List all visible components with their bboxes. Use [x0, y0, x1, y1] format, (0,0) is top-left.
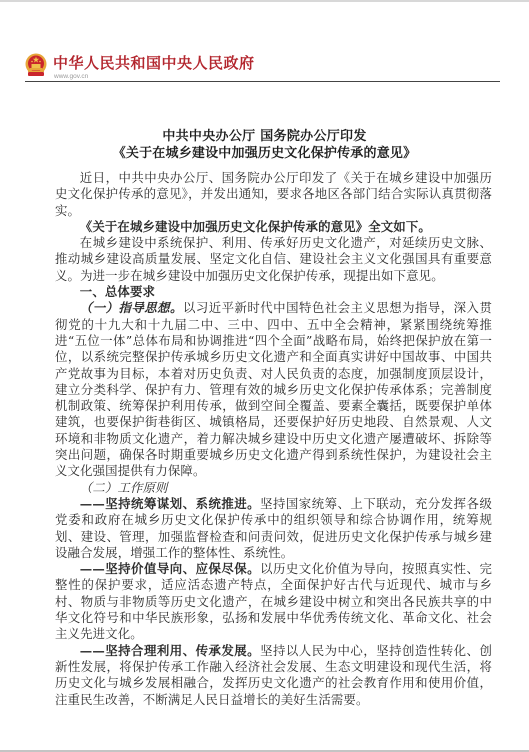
intro-paragraph: 近日，中共中央办公厅、国务院办公厅印发了《关于在城乡建设中加强历史文化保护传承的… — [55, 170, 492, 219]
principle-paragraph: ——坚持统筹谋划、系统推进。坚持国家统筹、上下联动，充分发挥各级党委和政府在城乡… — [55, 496, 492, 561]
top-border — [0, 0, 529, 2]
fulltext-heading: 《关于在城乡建设中加强历史文化保护传承的意见》全文如下。 — [55, 219, 492, 235]
site-title[interactable]: 中华人民共和国中央人民政府 — [53, 52, 255, 73]
document-body: 近日，中共中央办公厅、国务院办公厅印发了《关于在城乡建设中加强历史文化保护传承的… — [55, 170, 492, 708]
principle-lead: ——坚持合理利用、传承发展。 — [80, 643, 260, 658]
principles-heading-text: （二）工作原则 — [80, 480, 168, 495]
site-header: 中华人民共和国中央人民政府 www.gov.cn — [25, 52, 500, 84]
national-emblem-icon — [25, 53, 47, 77]
principle-paragraph: ——坚持合理利用、传承发展。坚持以人民为中心，坚持创造性转化、创新性发展，将保护… — [55, 643, 492, 708]
principle-lead: ——坚持价值导向、应保尽保。 — [80, 561, 260, 576]
guiding-ideology-label: （一）指导思想。 — [80, 300, 183, 315]
guiding-ideology-paragraph: （一）指导思想。以习近平新时代中国特色社会主义思想为指导，深入贯彻党的十九大和十… — [55, 300, 492, 479]
document-title-name: 《关于在城乡建设中加强历史文化保护传承的意见》 — [0, 142, 529, 161]
principle-lead: ——坚持统筹谋划、系统推进。 — [80, 496, 260, 511]
section-heading-general-requirements: 一、总体要求 — [55, 284, 492, 300]
site-url[interactable]: www.gov.cn — [54, 73, 88, 80]
principle-paragraph: ——坚持价值导向、应保尽保。以历史文化价值为导向，按照真实性、完整性的保护要求，… — [55, 561, 492, 642]
header-divider — [25, 81, 500, 82]
preamble-paragraph: 在城乡建设中系统保护、利用、传承好历史文化遗产，对延续历史文脉、推动城乡建设高质… — [55, 235, 492, 284]
guiding-ideology-text: 以习近平新时代中国特色社会主义思想为指导，深入贯彻党的十九大和十九届二中、三中、… — [55, 300, 492, 478]
principles-heading: （二）工作原则 — [55, 480, 492, 496]
